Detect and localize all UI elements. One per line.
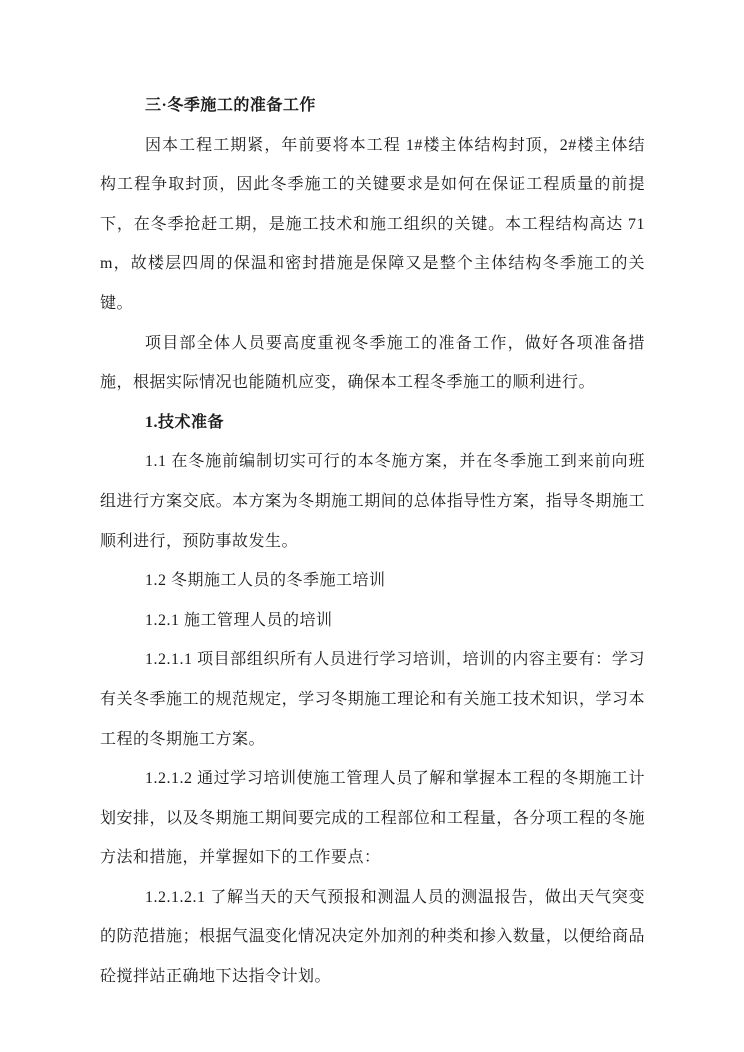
paragraph: 项目部全体人员要高度重视冬季施工的准备工作，做好各项准备措施，根据实际情况也能随…: [100, 324, 645, 403]
document-page: 三·冬季施工的准备工作 因本工程工期紧，年前要将本工程 1#楼主体结构封顶，2#…: [0, 0, 744, 1052]
paragraph: 1.1 在冬施前编制切实可行的本冬施方案，并在冬季施工到来前向班组进行方案交底。…: [100, 442, 645, 561]
document-body: 三·冬季施工的准备工作 因本工程工期紧，年前要将本工程 1#楼主体结构封顶，2#…: [100, 86, 645, 997]
paragraph: 1.2.1.1 项目部组织所有人员进行学习培训，培训的内容主要有：学习有关冬季施…: [100, 640, 645, 759]
paragraph: 1.2.1.2.1 了解当天的天气预报和测温人员的测温报告，做出天气突变的防范措…: [100, 878, 645, 997]
paragraph: 因本工程工期紧，年前要将本工程 1#楼主体结构封顶，2#楼主体结构工程争取封顶，…: [100, 126, 645, 324]
section-heading: 三·冬季施工的准备工作: [100, 86, 645, 126]
paragraph: 1.2.1 施工管理人员的培训: [100, 601, 645, 641]
paragraph: 1.2.1.2 通过学习培训使施工管理人员了解和掌握本工程的冬期施工计划安排，以…: [100, 759, 645, 878]
paragraph: 1.2 冬期施工人员的冬季施工培训: [100, 561, 645, 601]
subsection-heading: 1.技术准备: [100, 403, 645, 443]
